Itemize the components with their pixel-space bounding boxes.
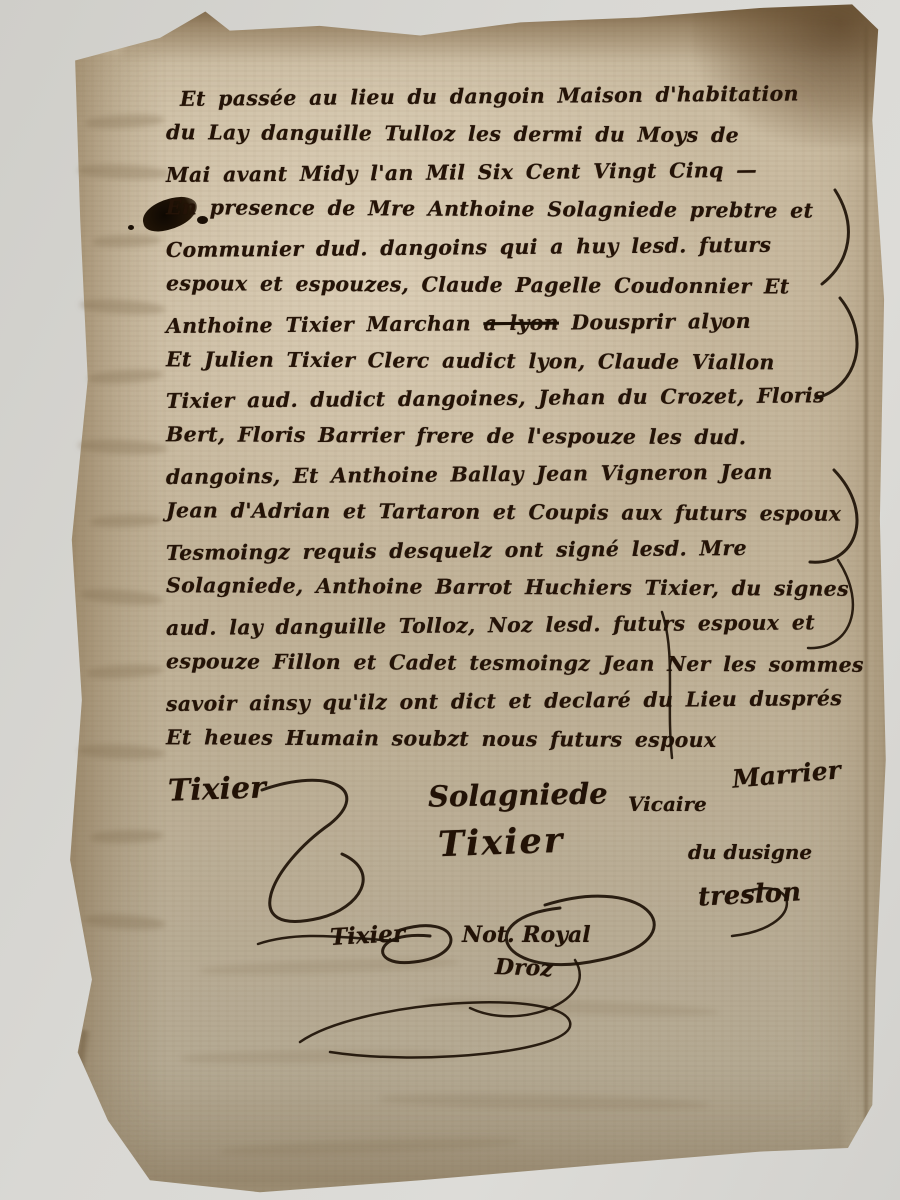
signature-droz: Droz <box>495 954 554 982</box>
signature-tixier-3: Tixier <box>329 920 405 951</box>
signature-vicaire: Vicaire <box>628 792 707 816</box>
manuscript-line: En presence de Mre Anthoine Solagniede p… <box>166 196 856 237</box>
manuscript-text: Et passée au lieu du dangoin Maison d'ha… <box>166 84 856 764</box>
manuscript-line: espoux et espouzes, Claude Pagelle Coudo… <box>166 271 856 312</box>
manuscript-line: Communier dud. dangoins qui a huy lesd. … <box>166 232 856 276</box>
line7-pre: Anthoine Tixier Marchan <box>166 311 484 338</box>
manuscript-line: Mai avant Midy l'an Mil Six Cent Vingt C… <box>166 157 856 201</box>
manuscript-line: Et heues Humain soubzt nous futurs espou… <box>166 725 856 766</box>
manuscript-line-with-strikethrough: Anthoine Tixier Marchan a lyon Dousprir … <box>166 308 856 352</box>
manuscript-line: espouze Fillon et Cadet tesmoingz Jean N… <box>166 649 856 690</box>
signature-dusigne: du dusigne <box>688 840 812 864</box>
manuscript-line: aud. lay danguille Tolloz, Noz lesd. fut… <box>166 610 856 654</box>
manuscript-line: Et passée au lieu du dangoin Maison d'ha… <box>166 81 856 125</box>
signature-tixier-2: Tixier <box>437 820 565 865</box>
manuscript-line: savoir ainsy qu'ilz ont dict et declaré … <box>166 686 856 730</box>
manuscript-line: Jean d'Adrian et Tartaron et Coupis aux … <box>166 498 856 539</box>
signature-solagniede: Solagniede <box>428 776 608 813</box>
ink-speck <box>128 225 134 230</box>
signature-tixier-1: Tixier <box>167 770 266 808</box>
manuscript-line: du Lay danguille Tulloz les dermi du Moy… <box>166 120 856 161</box>
photograph-of-manuscript: Et passée au lieu du dangoin Maison d'ha… <box>0 0 900 1200</box>
signature-not-royal: Not. Royal <box>462 922 591 948</box>
line7-post: Dousprir alyon <box>559 309 751 335</box>
manuscript-line: dangoins, Et Anthoine Ballay Jean Vigner… <box>166 459 856 503</box>
signature-treslon: treslon <box>697 877 801 912</box>
manuscript-line: Solagniede, Anthoine Barrot Huchiers Tix… <box>166 574 856 615</box>
struck-through-words: a lyon <box>483 310 559 335</box>
manuscript-line: Tesmoingz requis desquelz ont signé lesd… <box>166 535 856 579</box>
manuscript-line: Bert, Floris Barrier frere de l'espouze … <box>166 422 856 463</box>
manuscript-line: Et Julien Tixier Clerc audict lyon, Clau… <box>166 347 856 388</box>
manuscript-line: Tixier aud. dudict dangoines, Jehan du C… <box>166 383 856 427</box>
